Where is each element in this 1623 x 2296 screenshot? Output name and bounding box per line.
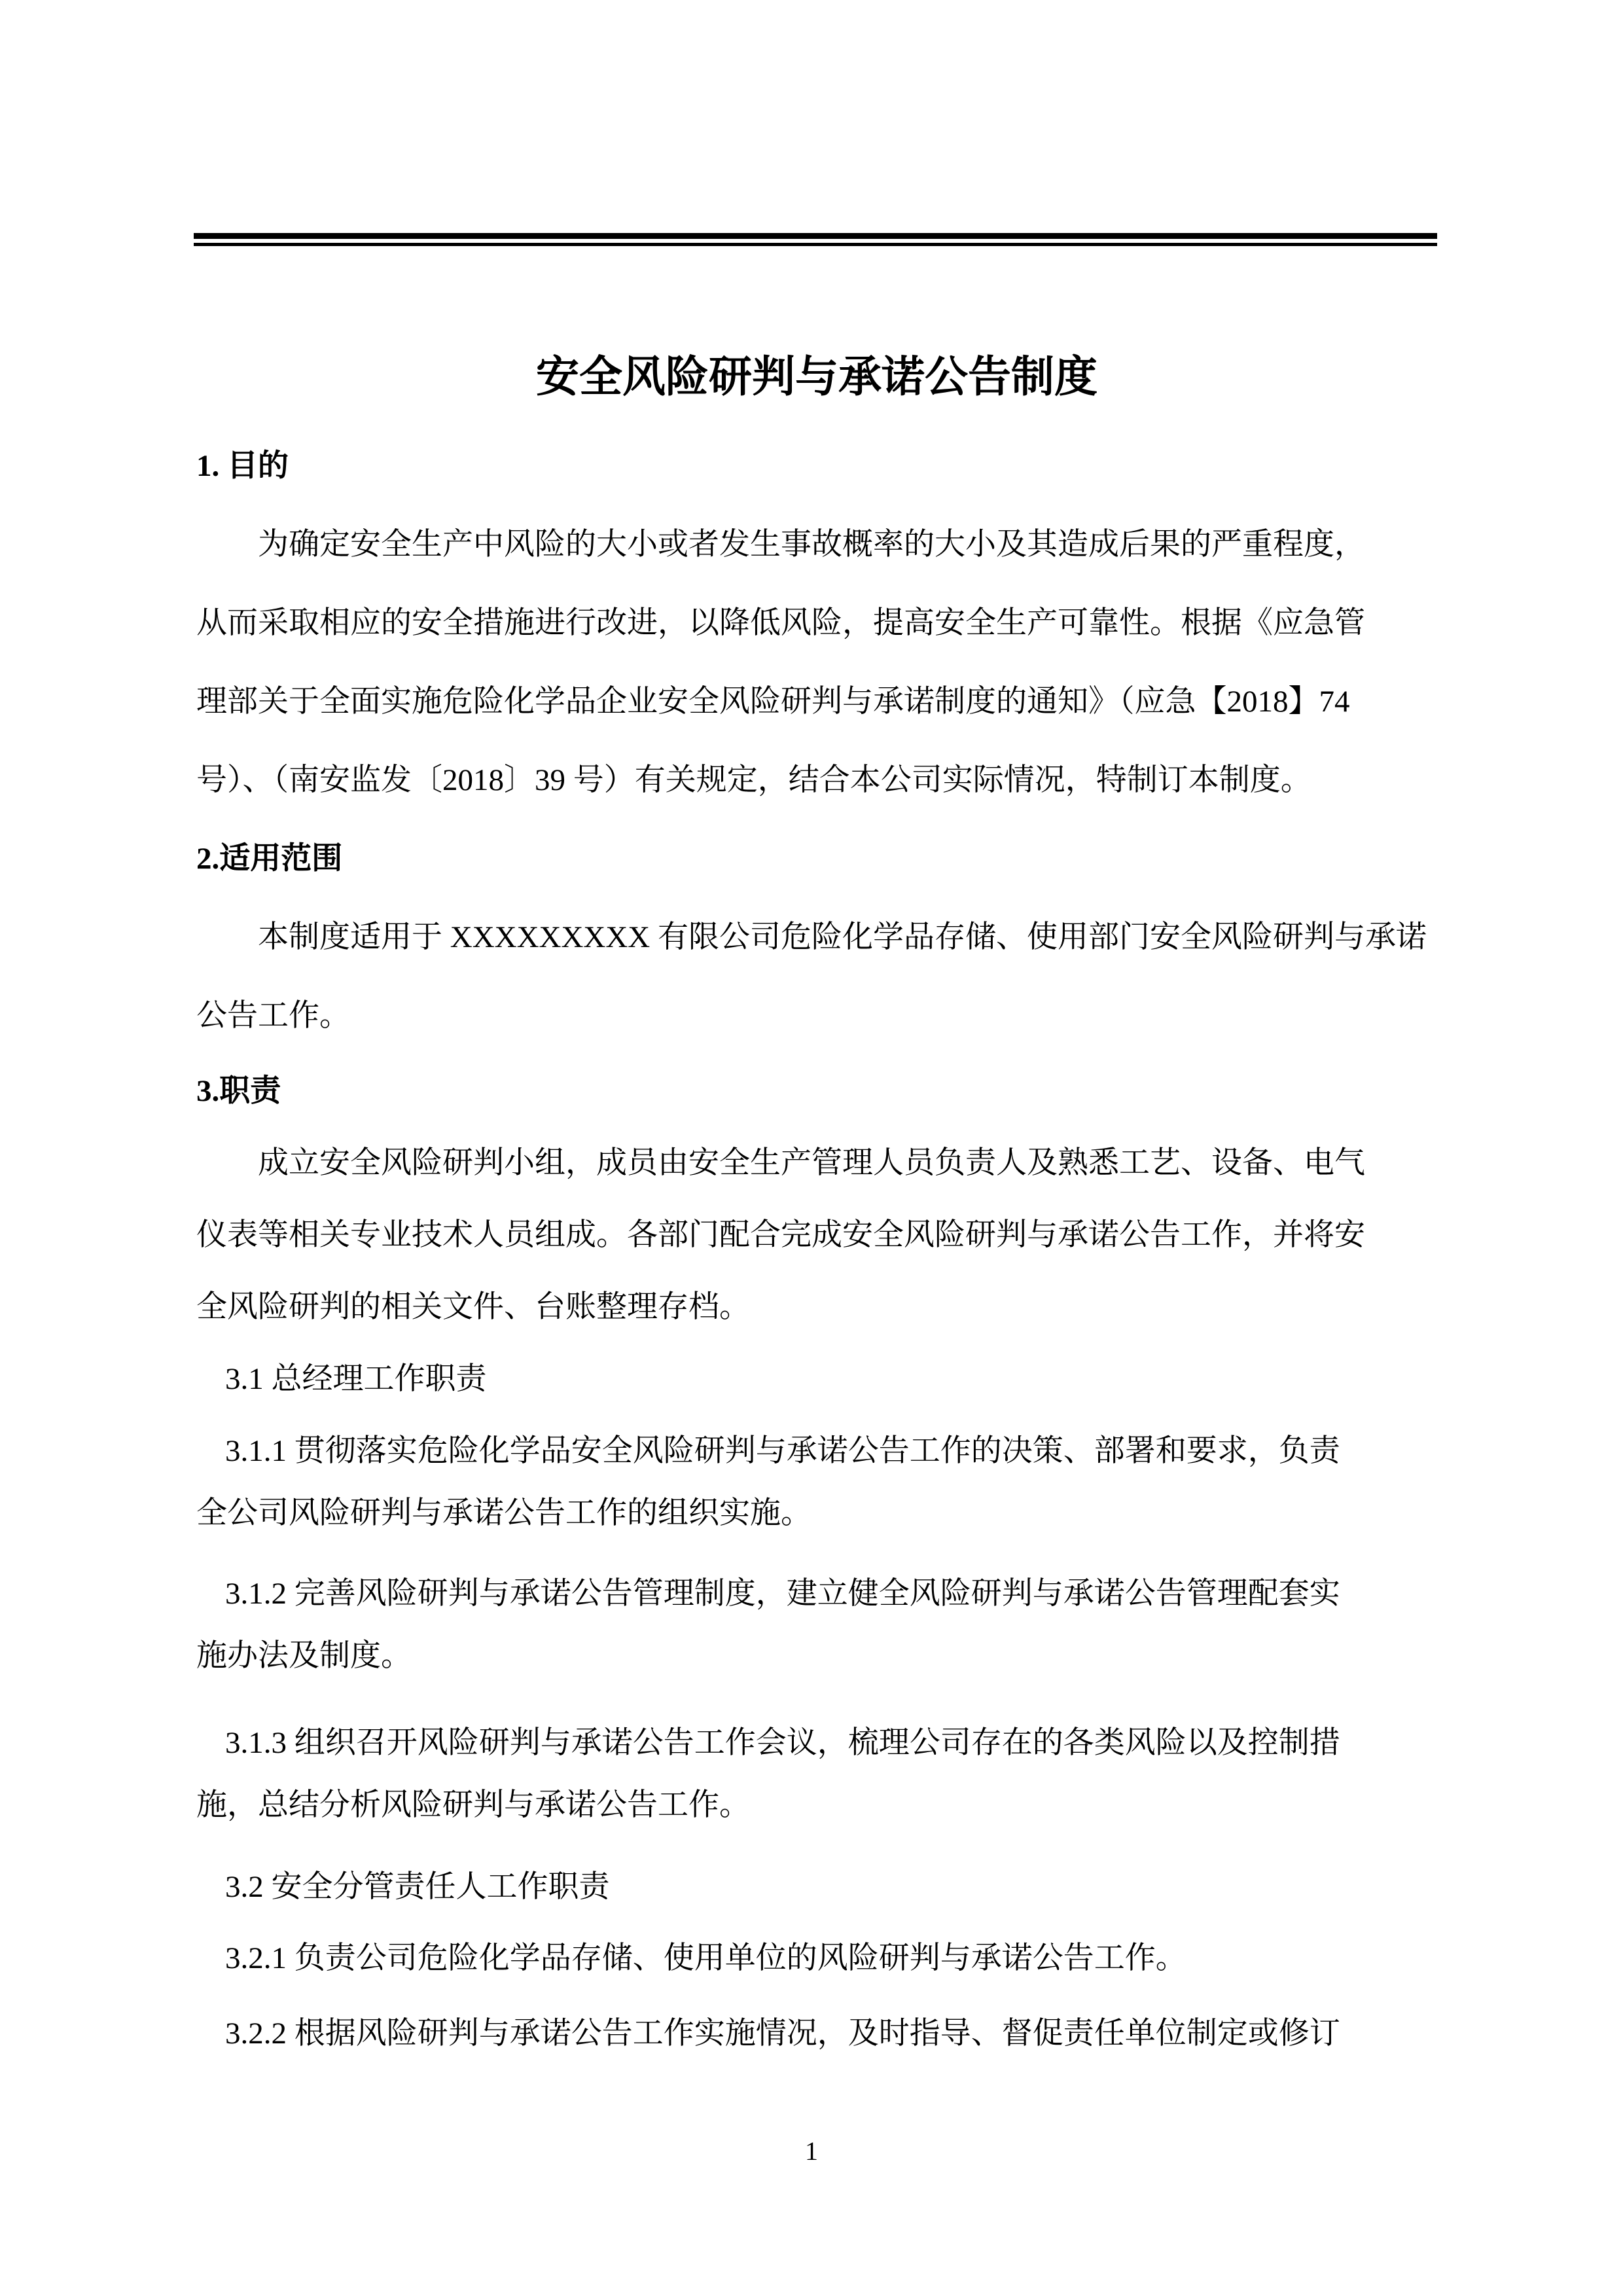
subsection-heading-3-2: 3.2 安全分管责任人工作职责	[196, 1856, 1437, 1918]
document-page: 安全风险研判与承诺公告制度 1. 目的 为确定安全生产中风险的大小或者发生事故概…	[0, 0, 1623, 2296]
section-heading-purpose: 1. 目的	[196, 427, 1437, 505]
clause-line: 全公司风险研判与承诺公告工作的组织实施。	[196, 1482, 1437, 1545]
paragraph-line: 全风险研判的相关文件、台账整理存档。	[196, 1271, 1437, 1343]
paragraph-line: 理部关于全面实施危险化学品企业安全风险研判与承诺制度的通知》（应急【2018】7…	[196, 662, 1437, 741]
paragraph-line: 号）、（南安监发〔2018〕39 号）有关规定，结合本公司实际情况，特制订本制度…	[196, 741, 1437, 819]
section-heading-scope: 2.适用范围	[196, 819, 1437, 898]
paragraph-line: 为确定安全生产中风险的大小或者发生事故概率的大小及其造成后果的严重程度，	[196, 505, 1437, 584]
clause-line-3-1-2: 3.1.2 完善风险研判与承诺公告管理制度，建立健全风险研判与承诺公告管理配套实	[196, 1563, 1437, 1625]
paragraph-line: 本制度适用于 XXXXXXXXX 有限公司危险化学品存储、使用部门安全风险研判与…	[196, 898, 1437, 977]
subsection-heading-3-1: 3.1 总经理工作职责	[196, 1343, 1437, 1415]
clause-line: 施，总结分析风险研判与承诺公告工作。	[196, 1774, 1437, 1837]
paragraph-line: 从而采取相应的安全措施进行改进，以降低风险，提高安全生产可靠性。根据《应急管	[196, 584, 1437, 662]
document-title: 安全风险研判与承诺公告制度	[196, 335, 1437, 420]
clause-line-3-1-3: 3.1.3 组织召开风险研判与承诺公告工作会议，梳理公司存在的各类风险以及控制措	[196, 1712, 1437, 1774]
clause-line-3-1-1: 3.1.1 贯彻落实危险化学品安全风险研判与承诺公告工作的决策、部署和要求，负责	[196, 1420, 1437, 1482]
paragraph-line: 成立安全风险研判小组，成员由安全生产管理人员负责人及熟悉工艺、设备、电气	[196, 1127, 1437, 1199]
paragraph-line: 公告工作。	[196, 977, 1437, 1055]
clause-line-3-2-2: 3.2.2 根据风险研判与承诺公告工作实施情况，及时指导、督促责任单位制定或修订	[196, 2003, 1437, 2065]
clause-line: 施办法及制度。	[196, 1625, 1437, 1687]
page-number: 1	[0, 2135, 1623, 2168]
document-body: 安全风险研判与承诺公告制度 1. 目的 为确定安全生产中风险的大小或者发生事故概…	[196, 0, 1437, 2065]
section-heading-duties: 3.职责	[196, 1055, 1437, 1127]
clause-line-3-2-1: 3.2.1 负责公司危险化学品存储、使用单位的风险研判与承诺公告工作。	[196, 1928, 1437, 1990]
paragraph-line: 仪表等相关专业技术人员组成。各部门配合完成安全风险研判与承诺公告工作，并将安	[196, 1199, 1437, 1271]
